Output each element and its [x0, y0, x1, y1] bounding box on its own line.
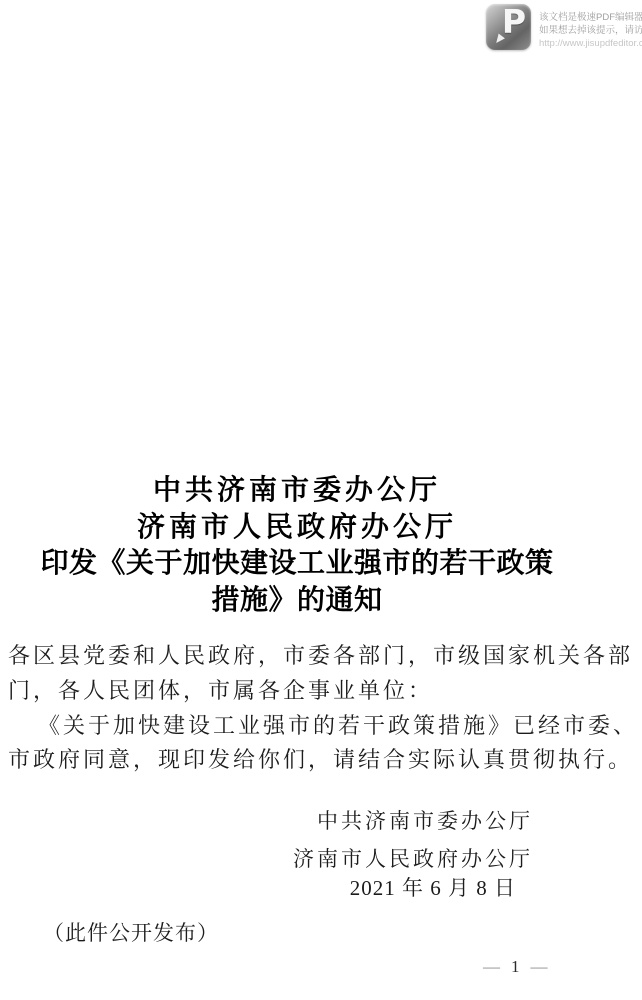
- watermark-url: http://www.jisupdfeditor.com/: [539, 37, 639, 50]
- signature-date: 2021 年 6 月 8 日: [350, 872, 516, 902]
- page-number-value: 1: [511, 957, 520, 976]
- public-release-note: （此件公开发布）: [43, 917, 219, 947]
- page-number-dash-left: —: [483, 957, 500, 976]
- title-line-1: 中共济南市委办公厅: [40, 473, 554, 510]
- pdf-editor-logo-icon: P: [486, 4, 531, 50]
- title-line-3: 印发《关于加快建设工业强市的若干政策: [40, 546, 554, 583]
- signature-org-1: 中共济南市委办公厅: [317, 805, 533, 835]
- logo-letter: P: [502, 2, 526, 41]
- page-number-dash-right: —: [531, 957, 548, 976]
- body-line-1: 各区县党委和人民政府，市委各部门，市级国家机关各部: [8, 639, 636, 674]
- document-title: 中共济南市委办公厅 济南市人民政府办公厅 印发《关于加快建设工业强市的若干政策 …: [40, 473, 554, 619]
- title-line-4: 措施》的通知: [40, 583, 554, 620]
- body-line-4: 市政府同意，现印发给你们，请结合实际认真贯彻执行。: [8, 743, 636, 778]
- watermark-line-1: 该文档是极速PDF编辑器生成，: [539, 11, 639, 24]
- document-body: 各区县党委和人民政府，市委各部门，市级国家机关各部 门，各人民团体，市属各企事业…: [8, 639, 636, 778]
- watermark-line-2: 如果想去掉该提示，请访问并下载：: [539, 24, 639, 37]
- signature-org-2: 济南市人民政府办公厅: [293, 843, 533, 873]
- body-line-3: 《关于加快建设工业强市的若干政策措施》已经市委、: [8, 709, 636, 744]
- page-number: —1—: [483, 957, 548, 977]
- document-page: P 该文档是极速PDF编辑器生成， 如果想去掉该提示，请访问并下载： http:…: [0, 0, 642, 1000]
- body-line-2: 门，各人民团体，市属各企事业单位：: [8, 674, 636, 709]
- watermark-text-block: 该文档是极速PDF编辑器生成， 如果想去掉该提示，请访问并下载： http://…: [539, 11, 639, 50]
- title-line-2: 济南市人民政府办公厅: [40, 510, 554, 547]
